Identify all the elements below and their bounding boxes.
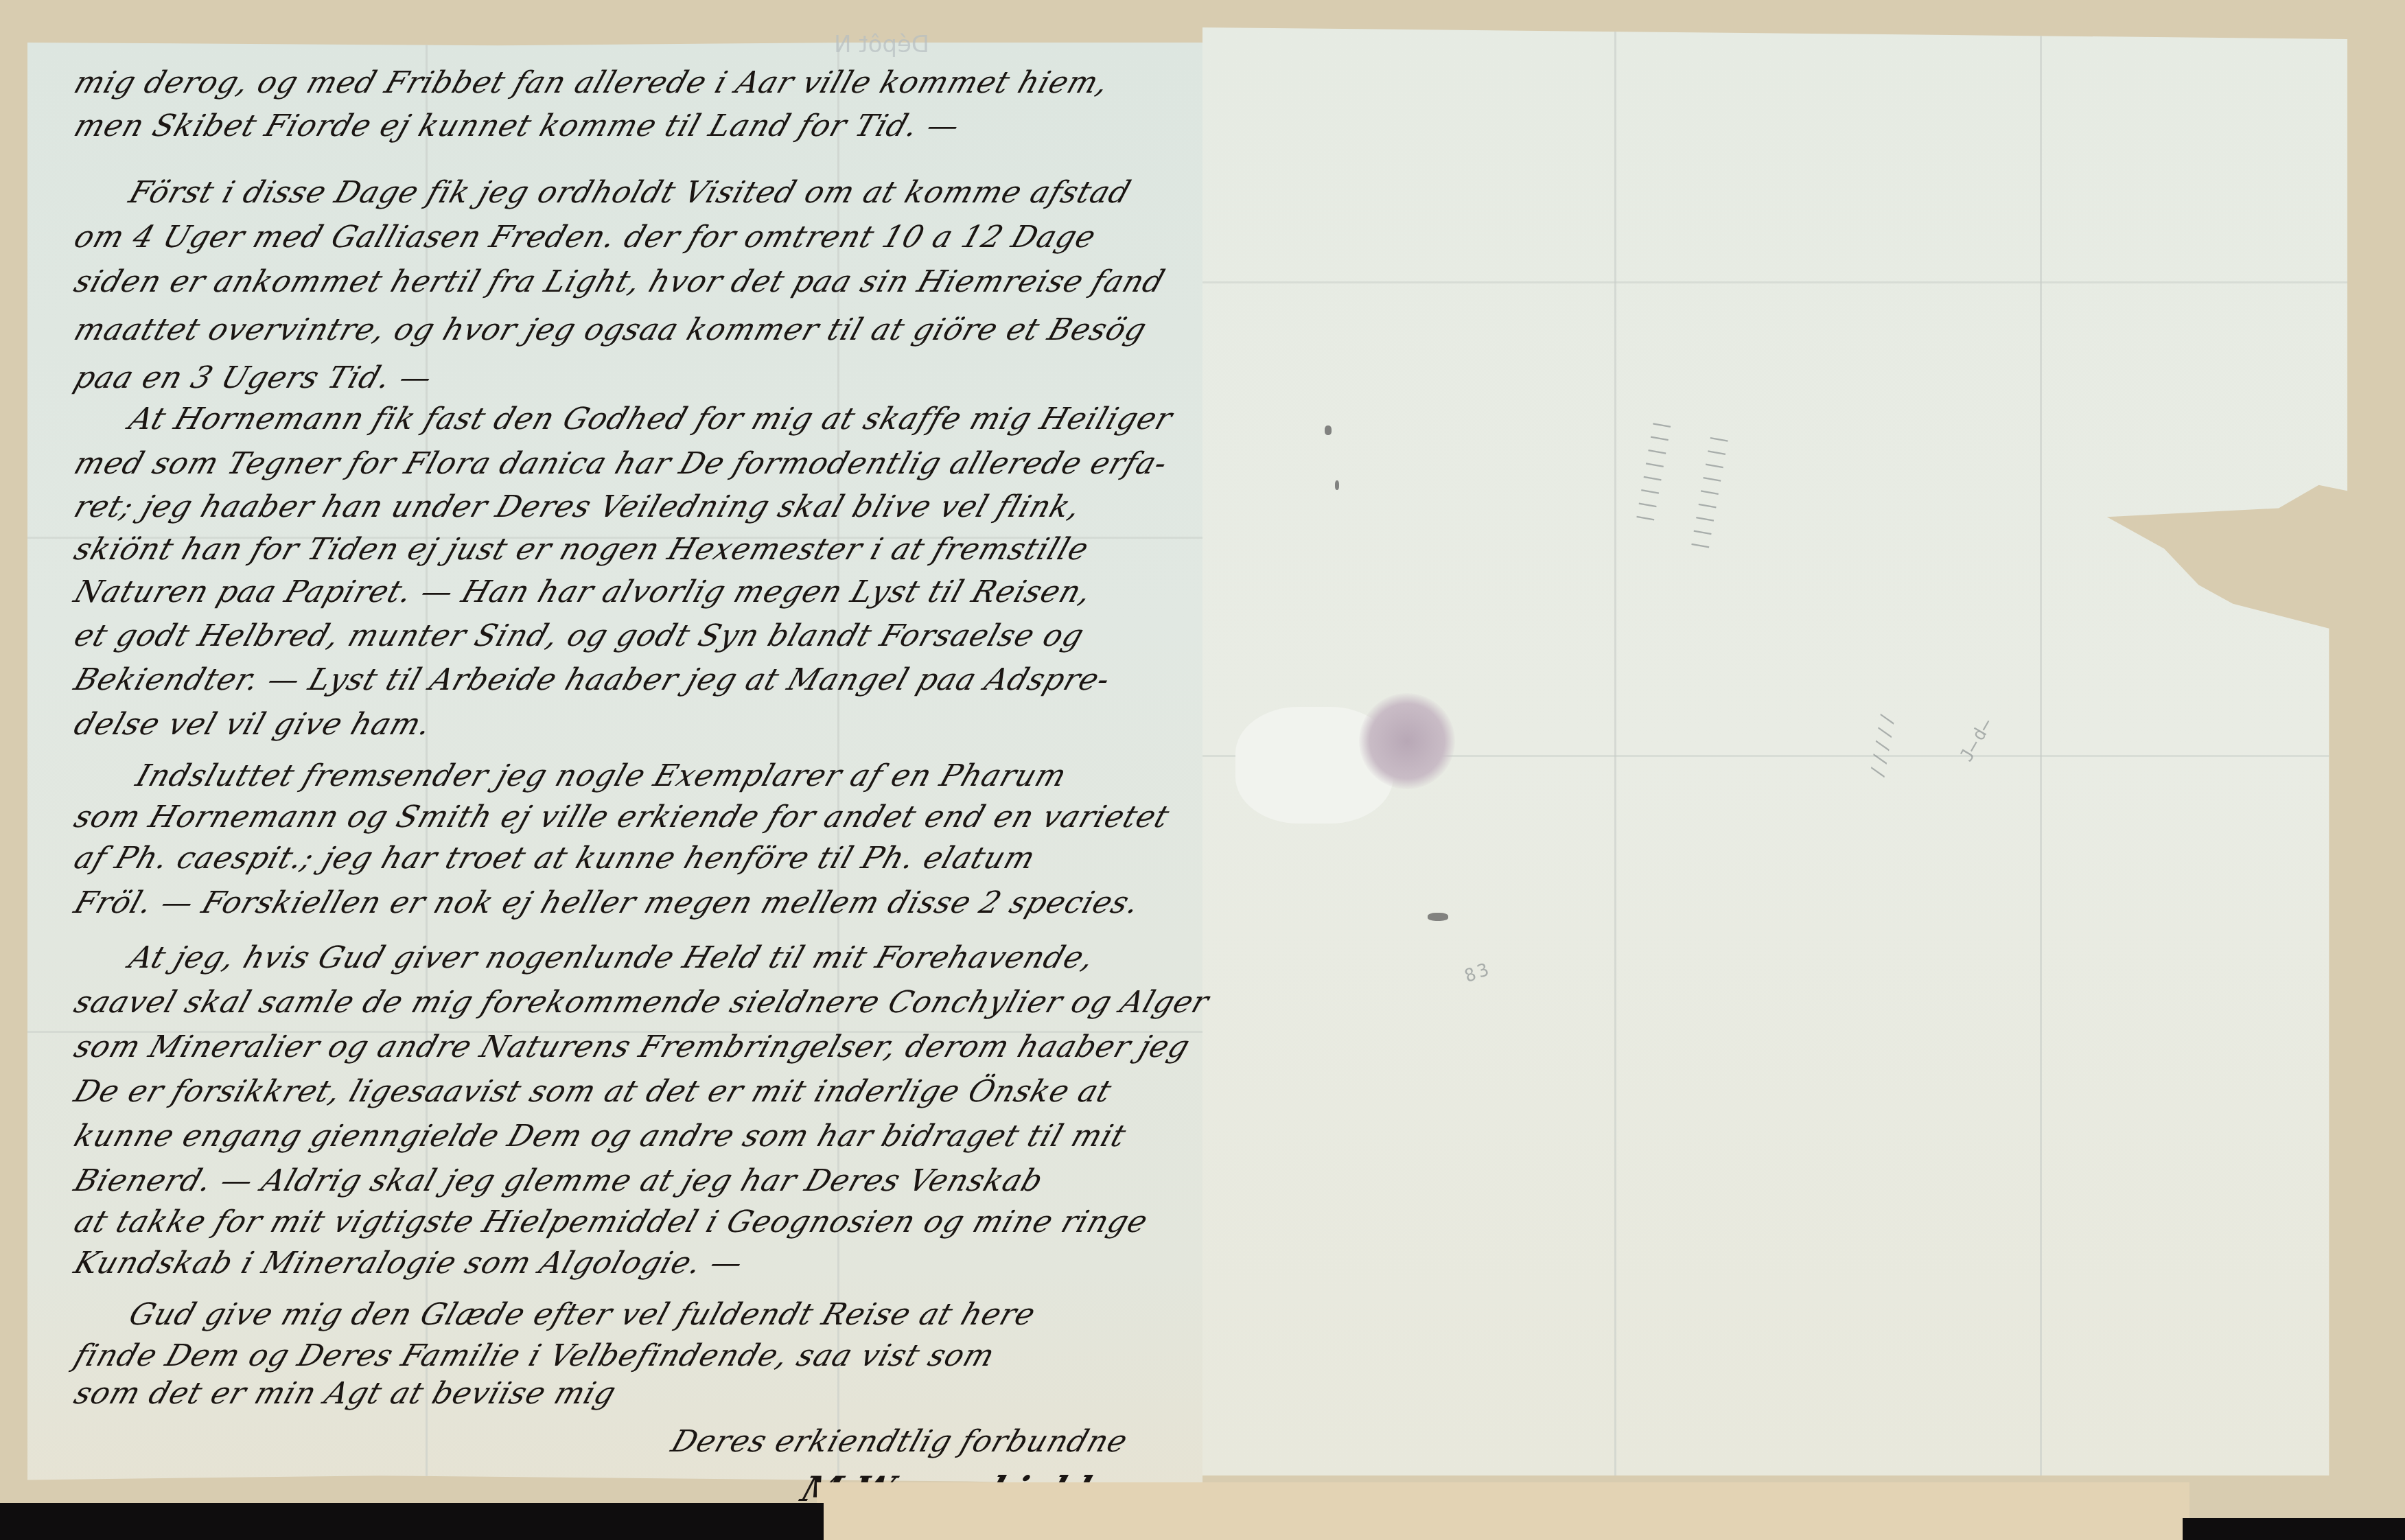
fold-crease [1202, 281, 2347, 283]
text-line: at takke for mit vigtigste Hielpemiddel … [70, 1204, 1152, 1239]
text-line: paa en 3 Ugers Tid. — [70, 360, 437, 395]
text-line: siden er ankommet hertil fra Light, hvor… [70, 264, 1170, 299]
text-line: Indsluttet fremsender jeg nogle Exemplar… [132, 758, 1071, 793]
ink-smudge [1335, 480, 1339, 490]
text-line: et godt Helbred, munter Sind, og godt Sy… [70, 618, 1089, 653]
fold-crease [2040, 27, 2042, 1475]
wax-seal-stain [1359, 693, 1455, 789]
text-line: som det er min Agt at beviise mig [70, 1376, 621, 1411]
text-line: som Hornemann og Smith ej ville erkiende… [70, 800, 1174, 835]
mounting-tape [817, 1482, 2189, 1540]
text-line: som Mineralier og andre Naturens Frembri… [70, 1029, 1195, 1064]
text-line: Bekiendter. — Lyst til Arbeide haaber je… [70, 662, 1115, 697]
text-line: skiönt han for Tiden ej just er nogen He… [70, 532, 1093, 567]
text-line: Bienerd. — Aldrig skal jeg glemme at jeg… [70, 1163, 1048, 1198]
text-line: med som Tegner for Flora danica har De f… [70, 446, 1172, 481]
text-line: ret; jeg haaber han under Deres Veiledni… [70, 489, 1086, 524]
fold-crease [1614, 27, 1616, 1475]
scan-edge-dark [2183, 1518, 2405, 1540]
text-line: kunne engang gienngielde Dem og andre so… [70, 1119, 1131, 1154]
closing-salutation: Deres erkiendtlig forbundne [667, 1424, 1132, 1459]
ink-smudge [1428, 913, 1448, 921]
text-line: Naturen paa Papiret. — Han har alvorlig … [70, 574, 1096, 609]
text-line: delse vel vil give ham. [70, 707, 437, 742]
text-line: om 4 Uger med Galliasen Freden. der for … [70, 220, 1101, 255]
text-line: men Skibet Fiorde ej kunnet komme til La… [70, 108, 965, 143]
text-line: De er forsikkret, ligesaavist som at det… [70, 1074, 1117, 1109]
text-line: mig derog, og med Fribbet fan allerede i… [70, 65, 1114, 100]
text-line: maattet overvintre, og hvor jeg ogsaa ko… [70, 312, 1152, 347]
text-line: finde Dem og Deres Familie i Velbefinden… [70, 1338, 999, 1373]
text-line: af Ph. caespit.; jeg har troet at kunne … [70, 841, 1041, 876]
scan-edge-dark [0, 1503, 824, 1540]
text-line: Först i disse Dage fik jeg ordholdt Visi… [125, 175, 1135, 210]
text-line: Fröl. — Forskiellen er nok ej heller meg… [70, 885, 1144, 920]
text-line: Kundskab i Mineralogie som Algologie. — [70, 1246, 748, 1281]
faint-stamp-text: Dépôt N [834, 31, 929, 58]
text-line: saavel skal samle de mig forekommende si… [70, 985, 1214, 1020]
text-line: At jeg, hvis Gud giver nogenlunde Held t… [125, 940, 1100, 975]
ink-smudge [1325, 425, 1332, 435]
text-line: At Hornemann fik fast den Godhed for mig… [125, 401, 1177, 436]
text-line: Gud give mig den Glæde efter vel fuldend… [125, 1297, 1041, 1332]
